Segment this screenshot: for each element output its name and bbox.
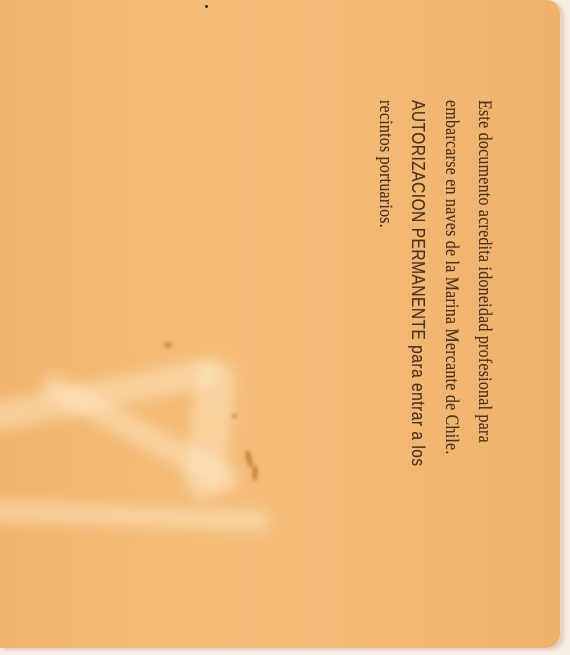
ink-speck bbox=[205, 5, 208, 8]
paper-stain bbox=[252, 465, 258, 481]
text-line-4: recintos portuarios. bbox=[368, 100, 401, 530]
text-line-2: embarcarse en naves de la Marina Mercant… bbox=[434, 100, 467, 530]
document-text: Este documento acredita idoneidad profes… bbox=[320, 100, 500, 600]
paper-stain bbox=[232, 414, 237, 418]
paper-crease bbox=[0, 500, 270, 532]
text-line-1: Este documento acredita idoneidad profes… bbox=[467, 100, 500, 530]
text-line-3: AUTORIZACION PERMANENTE para entrar a lo… bbox=[401, 100, 434, 530]
scan-page: Este documento acredita idoneidad profes… bbox=[0, 0, 570, 655]
document-card: Este documento acredita idoneidad profes… bbox=[0, 0, 560, 648]
paper-stain bbox=[164, 342, 172, 348]
